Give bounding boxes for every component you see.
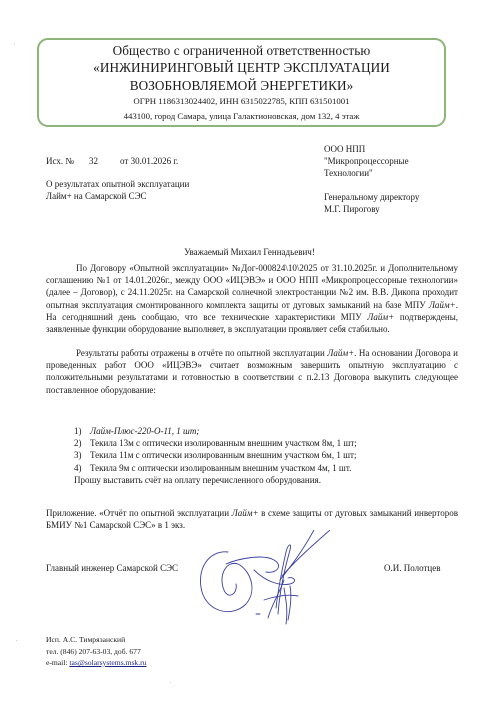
product-name: Лайм+ <box>429 300 456 310</box>
email-label: e-mail: <box>46 658 69 667</box>
list-item-number: 4) <box>74 462 90 474</box>
greeting: Уважаемый Михаил Геннадьевич! <box>0 246 499 258</box>
paragraph-text: По Договору «Опытной эксплуатации» №Дог-… <box>46 263 458 310</box>
scan-speck <box>450 360 451 361</box>
addressee-block: ООО НПП "Микропроцессорные Технологии" Г… <box>324 143 419 215</box>
addressee-org-line2: "Микропроцессорные <box>324 155 419 167</box>
list-item: 3)Текила 11м с оптически изолированным в… <box>74 449 357 461</box>
executor-block: Исп. А.С. Тимрязанский тел. (846) 207-63… <box>46 634 146 669</box>
letterhead-name-line2: ВОЗОБНОВЛЯЕМОЙ ЭНЕРГЕТИКИ» <box>39 78 444 94</box>
subject-line1: О результатах опытной эксплуатации <box>46 178 189 190</box>
letterhead-name-line1: «ИНЖИНИРИНГОВЫЙ ЦЕНТР ЭКСПЛУАТАЦИИ <box>39 60 444 76</box>
product-name: Лайм+ <box>327 348 354 358</box>
scan-speck <box>170 682 171 683</box>
subject-block: О результатах опытной эксплуатации Лайм+… <box>46 178 189 202</box>
handwritten-signature <box>180 530 330 630</box>
list-item-number: 2) <box>74 437 90 449</box>
subject-line2: Лайм+ на Самарской СЭС <box>46 190 189 202</box>
list-item-text: Лайм-Плюс-220-О-11, 1 шт; <box>90 426 199 436</box>
list-item-number: 1) <box>74 425 90 437</box>
list-item: 2)Текила 13м с оптически изолированным в… <box>74 437 357 449</box>
attachment-note: Приложение. «Отчёт по опытной эксплуатац… <box>46 507 458 531</box>
list-item: 1)Лайм-Плюс-220-О-11, 1 шт; <box>74 425 357 437</box>
reference-number: 32 <box>89 155 98 167</box>
body-paragraph-1: По Договору «Опытной эксплуатации» №Дог-… <box>46 262 458 335</box>
signer-title: Главный инженер Самарской СЭС <box>46 562 178 574</box>
scan-speck <box>14 44 15 45</box>
list-item: 4)Текила 9м с оптически изолированным вн… <box>74 462 357 474</box>
executor-name: Исп. А.С. Тимрязанский <box>46 634 146 646</box>
addressee-org-line1: ООО НПП <box>324 143 419 155</box>
letterhead-registration: ОГРН 1186313024402, ИНН 6315022785, КПП … <box>39 96 444 106</box>
letterhead-address: 443100, город Самара, улица Галактионовс… <box>39 111 444 121</box>
letterhead-org-form: Общество с ограниченной ответственностью <box>39 43 444 59</box>
executor-phone: тел. (846) 207-63-03, доб. 677 <box>46 646 146 658</box>
list-item-text: Текила 13м с оптически изолированным вне… <box>90 438 357 448</box>
reference-date: от 30.01.2026 г. <box>120 155 178 167</box>
scan-speck <box>16 640 17 641</box>
email-link[interactable]: tas@solarsystems.msk.ru <box>69 658 146 667</box>
list-item-text: Текила 11м с оптически изолированным вне… <box>90 450 356 460</box>
signer-name: О.И. Полотцев <box>384 562 441 574</box>
list-item-text: Текила 9м с оптически изолированным внеш… <box>90 463 351 473</box>
body-paragraph-2: Результаты работы отражены в отчёте по о… <box>46 347 458 396</box>
executor-email-line: e-mail: tas@solarsystems.msk.ru <box>46 657 146 669</box>
letterhead-box: Общество с ограниченной ответственностью… <box>37 38 446 127</box>
list-item-number: 3) <box>74 449 90 461</box>
letter-page: Общество с ограниченной ответственностью… <box>0 0 499 706</box>
addressee-name: М.Г. Пирогову <box>324 203 419 215</box>
addressee-org-line3: Технологии" <box>324 167 419 179</box>
paragraph-text: Результаты работы отражены в отчёте по о… <box>76 348 327 358</box>
addressee-position: Генеральному директору <box>324 191 419 203</box>
product-name: Лайм+ <box>367 312 394 322</box>
payment-request: Прошу выставить счёт на оплату перечисле… <box>74 474 321 486</box>
equipment-list: 1)Лайм-Плюс-220-О-11, 1 шт; 2)Текила 13м… <box>74 425 357 474</box>
attachment-text: Приложение. «Отчёт по опытной эксплуатац… <box>46 508 232 518</box>
product-name: Лайм+ <box>232 508 259 518</box>
reference-label: Исх. № <box>46 155 74 167</box>
